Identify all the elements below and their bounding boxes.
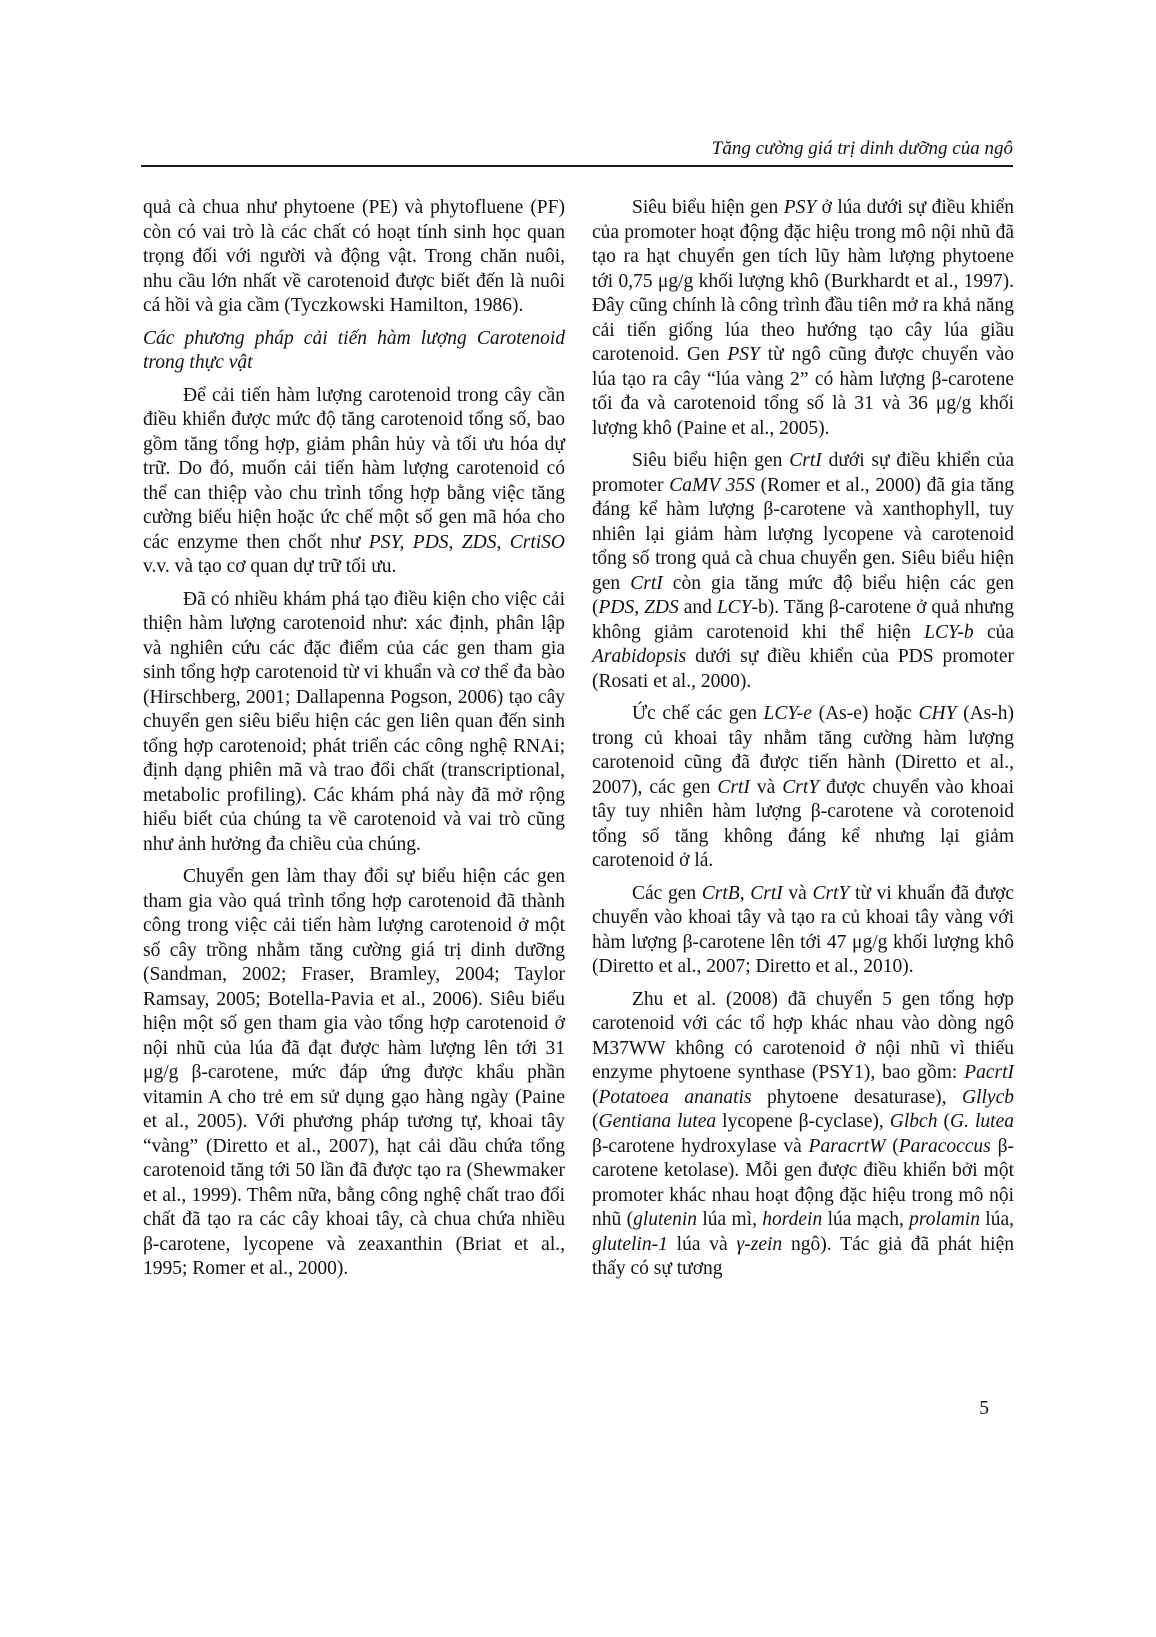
italic-text-run: CrtB: [702, 883, 740, 904]
left-column-paragraph-4: Đã có nhiều khám phá tạo điều kiện cho v…: [143, 588, 565, 858]
italic-text-run: CrtY: [782, 777, 819, 798]
right-column-paragraph-4: Các gen CrtB, CrtI và CrtY từ vi khuẩn đ…: [592, 882, 1014, 980]
left-column-section-subheading: Các phương pháp cải tiến hàm lượng Carot…: [143, 327, 565, 376]
italic-text-run: prolamin: [909, 1209, 980, 1230]
italic-text-run: PSY: [727, 344, 760, 365]
text-run: Siêu biểu hiện gen: [632, 450, 789, 471]
right-column-paragraph-2: Siêu biểu hiện gen CrtI dưới sự điều khi…: [592, 449, 1014, 694]
text-run: (: [885, 1136, 898, 1157]
text-run: phytoene desaturase),: [752, 1087, 962, 1108]
text-run: lycopene β-cyclase),: [716, 1111, 890, 1132]
text-columns: quả cà chua như phytoene (PE) và phytofl…: [143, 196, 1014, 1290]
italic-text-run: ParacrtW: [809, 1136, 886, 1157]
text-run: Zhu et al. (2008) đã chuyển 5 gen tổng h…: [592, 989, 1014, 1084]
text-run: β-carotene hydroxylase và: [592, 1136, 809, 1157]
text-run: lúa mạch,: [822, 1209, 909, 1230]
left-column-paragraph-1: quả cà chua như phytoene (PE) và phytofl…: [143, 196, 565, 319]
italic-text-run: PacrtI: [964, 1062, 1014, 1083]
column-right: Siêu biểu hiện gen PSY ở lúa dưới sự điề…: [592, 196, 1014, 1290]
text-run: Ức chế các gen: [632, 703, 764, 724]
text-run: and: [679, 597, 717, 618]
document-page: Tăng cường giá trị dinh dưỡng của ngô qu…: [0, 0, 1156, 1637]
text-run: ,: [634, 597, 644, 618]
text-run: Chuyển gen làm thay đổi sự biểu hiện các…: [143, 866, 565, 1279]
running-head: Tăng cường giá trị dinh dưỡng của ngô: [143, 138, 1013, 160]
left-column-paragraph-3: Để cải tiến hàm lượng carotenoid trong c…: [143, 384, 565, 580]
left-column-paragraph-5: Chuyển gen làm thay đổi sự biểu hiện các…: [143, 865, 565, 1282]
italic-text-run: γ-zein: [737, 1234, 783, 1255]
italic-text-run: Gllycb: [962, 1087, 1014, 1108]
right-column-paragraph-1: Siêu biểu hiện gen PSY ở lúa dưới sự điề…: [592, 196, 1014, 441]
italic-text-run: CHY: [919, 703, 957, 724]
italic-text-run: CrtI: [750, 883, 783, 904]
italic-text-run: hordein: [762, 1209, 822, 1230]
text-run: của: [974, 622, 1014, 643]
text-run: lúa và: [668, 1234, 737, 1255]
italic-text-run: Gentiana lutea: [599, 1111, 717, 1132]
text-run: ,: [740, 883, 751, 904]
column-left: quả cà chua như phytoene (PE) và phytofl…: [143, 196, 565, 1290]
text-run: Đã có nhiều khám phá tạo điều kiện cho v…: [143, 589, 565, 855]
text-run: lúa,: [980, 1209, 1014, 1230]
text-run: Các gen: [632, 883, 702, 904]
text-run: và: [750, 777, 782, 798]
running-head-text: Tăng cường giá trị dinh dưỡng của ngô: [712, 138, 1013, 159]
italic-text-run: G. lutea: [950, 1111, 1014, 1132]
text-run: ở lúa dưới sự điều khiển của promoter ho…: [592, 197, 1014, 365]
italic-text-run: LCY-e: [764, 703, 812, 724]
text-run: và: [783, 883, 813, 904]
italic-text-run: CaMV 35S: [669, 475, 755, 496]
italic-text-run: glutenin: [633, 1209, 697, 1230]
italic-text-run: CrtI: [717, 777, 750, 798]
italic-text-run: ZDS: [644, 597, 679, 618]
text-run: Siêu biểu hiện gen: [632, 197, 784, 218]
text-run: Để cải tiến hàm lượng carotenoid trong c…: [143, 385, 565, 553]
italic-text-run: Các phương pháp cải tiến hàm lượng Carot…: [143, 328, 565, 374]
italic-text-run: CrtI: [630, 573, 663, 594]
italic-text-run: Paracoccus: [899, 1136, 991, 1157]
text-run: v.v. và tạo cơ quan dự trữ tối ưu.: [143, 556, 396, 577]
italic-text-run: PDS: [599, 597, 635, 618]
right-column-paragraph-5: Zhu et al. (2008) đã chuyển 5 gen tổng h…: [592, 988, 1014, 1282]
text-run: quả cà chua như phytoene (PE) và phytofl…: [143, 197, 565, 316]
text-run: (As-e) hoặc: [812, 703, 919, 724]
italic-text-run: PSY: [784, 197, 817, 218]
italic-text-run: LCY: [717, 597, 752, 618]
italic-text-run: CrtY: [812, 883, 849, 904]
text-run: lúa mì,: [697, 1209, 762, 1230]
italic-text-run: LCY-b: [924, 622, 974, 643]
right-column-paragraph-3: Ức chế các gen LCY-e (As-e) hoặc CHY (As…: [592, 702, 1014, 874]
header-rule: [141, 165, 1013, 167]
italic-text-run: CrtI: [789, 450, 822, 471]
italic-text-run: Arabidopsis: [592, 646, 686, 667]
text-run: (: [937, 1111, 950, 1132]
italic-text-run: Potatoea ananatis: [599, 1087, 752, 1108]
page-number: 5: [955, 1398, 989, 1420]
italic-text-run: Glbch: [890, 1111, 938, 1132]
italic-text-run: PSY, PDS, ZDS, CrtiSO: [369, 532, 565, 553]
italic-text-run: glutelin-1: [592, 1234, 668, 1255]
